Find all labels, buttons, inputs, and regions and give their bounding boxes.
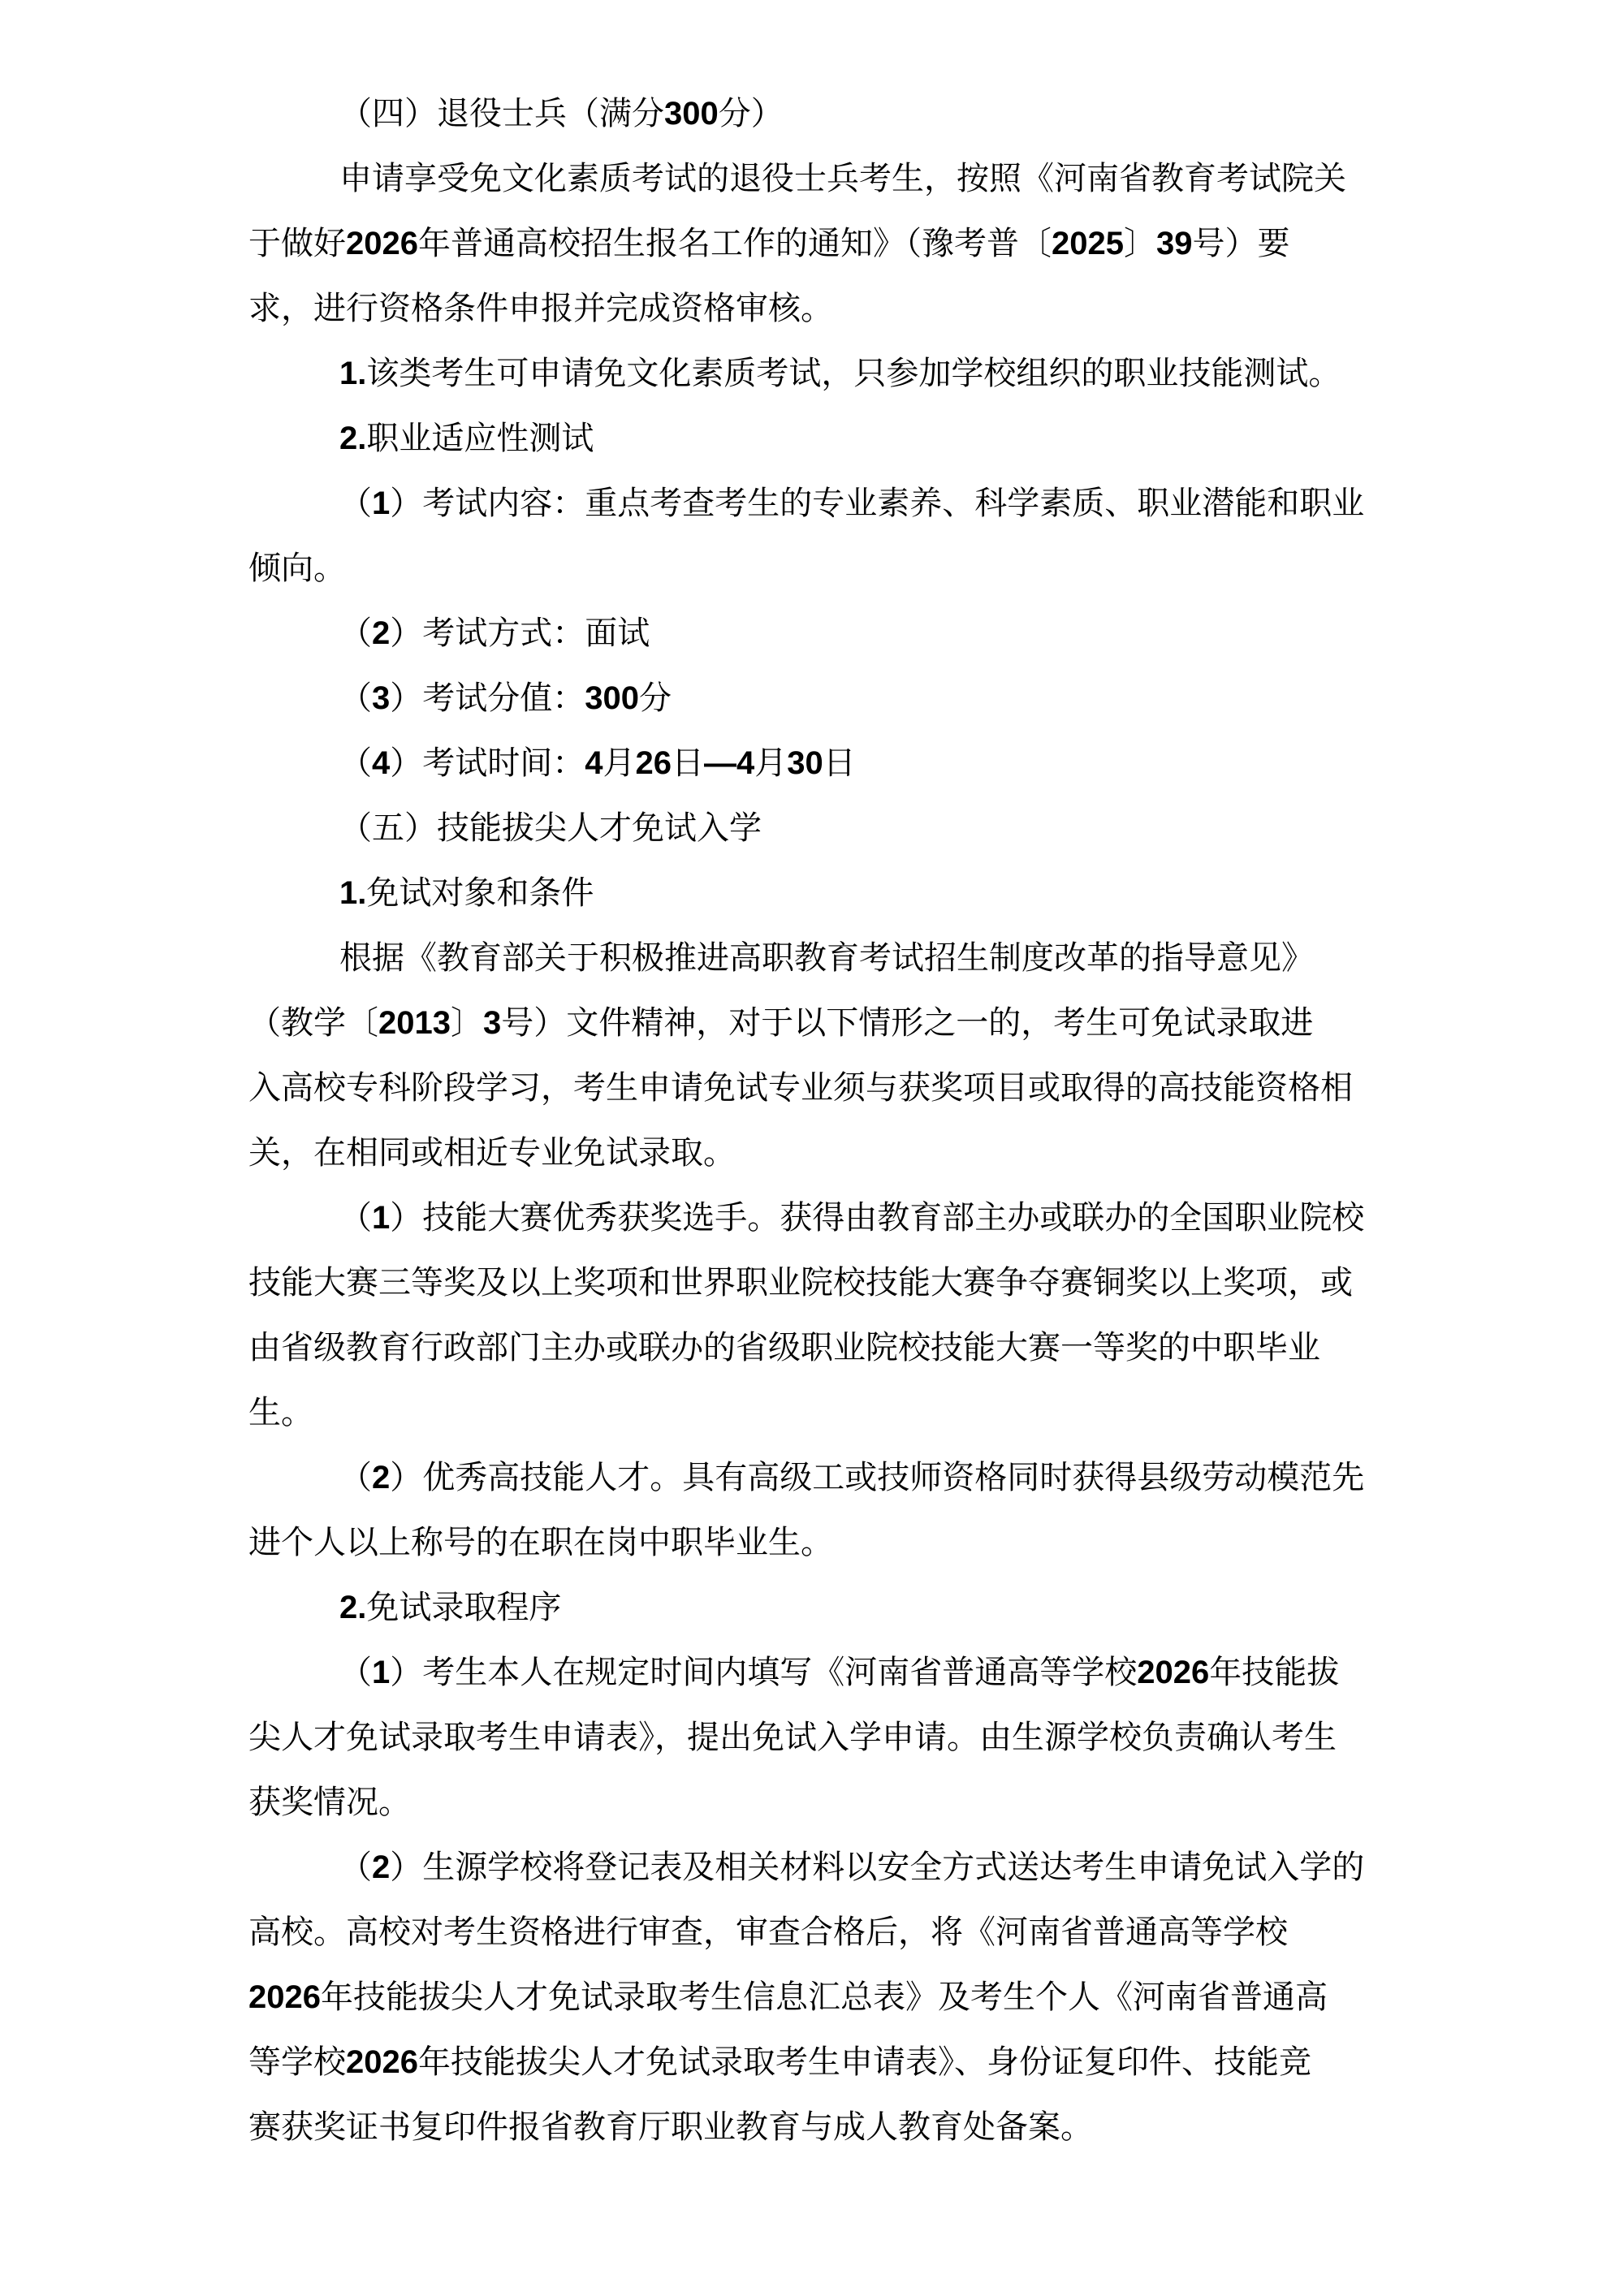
- bold-number-run: 3: [372, 680, 390, 716]
- text-run: 免试对象和条件: [366, 874, 594, 911]
- text-run: （五）技能拔尖人才免试入学: [339, 809, 762, 846]
- text-line: 生。: [248, 1380, 1397, 1445]
- text-run: 日: [672, 744, 704, 781]
- bold-number-run: 2026: [248, 1979, 321, 2015]
- text-line: 技能大赛三等奖及以上奖项和世界职业院校技能大赛争夺赛铜奖以上奖项，或: [248, 1250, 1397, 1315]
- text-run: 高校。高校对考生资格进行审查，审查合格后，将《河南省普通高等学校: [248, 1914, 1288, 1950]
- text-line: 根据《教育部关于积极推进高职教育考试招生制度改革的指导意见》: [248, 926, 1397, 990]
- text-run: 倾向。: [248, 550, 346, 586]
- text-run: （: [339, 1199, 372, 1236]
- bold-number-run: 2026: [1137, 1655, 1209, 1690]
- text-run: （: [339, 615, 372, 651]
- text-run: （教学〔: [248, 1004, 378, 1041]
- text-run: ）考试时间：: [390, 744, 585, 781]
- text-run: 入高校专科阶段学习，考生申请免试专业须与获奖项目或取得的高技能资格相: [248, 1069, 1353, 1106]
- text-run: ）考试内容：重点考查考生的专业素养、科学素质、职业潜能和职业: [390, 485, 1364, 521]
- text-run: 该类考生可申请免文化素质考试，只参加学校组织的职业技能测试。: [366, 355, 1341, 391]
- text-run: 职业适应性测试: [366, 420, 594, 456]
- text-line: （1）考生本人在规定时间内填写《河南省普通高等学校2026年技能拔: [248, 1640, 1397, 1705]
- text-line: 关，在相同或相近专业免试录取。: [248, 1120, 1397, 1185]
- text-line: 由省级教育行政部门主办或联办的省级职业院校技能大赛一等奖的中职毕业: [248, 1315, 1397, 1380]
- text-line: （教学〔2013〕3号）文件精神，对于以下情形之一的，考生可免试录取进: [248, 990, 1397, 1055]
- bold-number-run: 2: [372, 615, 390, 651]
- text-run: ）考生本人在规定时间内填写《河南省普通高等学校: [390, 1654, 1137, 1690]
- text-line: （4）考试时间：4月26日—4月30日: [248, 731, 1397, 796]
- text-run: ）优秀高技能人才。具有高级工或技师资格同时获得县级劳动模范先: [390, 1459, 1364, 1495]
- bold-number-run: 2026: [346, 226, 418, 261]
- text-run: （: [339, 1654, 372, 1690]
- bold-number-run: 2025: [1052, 226, 1124, 261]
- text-run: ）生源学校将登记表及相关材料以安全方式送达考生申请免试入学的: [390, 1849, 1364, 1885]
- text-run: 月: [603, 744, 636, 781]
- text-run: 〕: [451, 1004, 483, 1041]
- text-run: 分: [639, 680, 672, 716]
- text-run: 求，进行资格条件申报并完成资格审核。: [248, 290, 833, 326]
- text-line: （五）技能拔尖人才免试入学: [248, 796, 1397, 861]
- text-line: 求，进行资格条件申报并完成资格审核。: [248, 276, 1397, 341]
- text-line: 高校。高校对考生资格进行审查，审查合格后，将《河南省普通高等学校: [248, 1900, 1397, 1965]
- text-run: 申请享受免文化素质考试的退役士兵考生，按照《河南省教育考试院关: [339, 160, 1346, 196]
- text-run: 号）文件精神，对于以下情形之一的，考生可免试录取进: [501, 1004, 1313, 1041]
- document-body: （四）退役士兵（满分300分）申请享受免文化素质考试的退役士兵考生，按照《河南省…: [248, 81, 1397, 2160]
- bold-number-run: 4: [736, 745, 754, 781]
- text-line: （四）退役士兵（满分300分）: [248, 81, 1397, 146]
- bold-number-run: 2013: [378, 1005, 451, 1041]
- bold-number-run: 2.: [339, 1590, 366, 1625]
- bold-number-run: 1: [372, 1200, 390, 1236]
- text-run: ）技能大赛优秀获奖选手。获得由教育部主办或联办的全国职业院校: [390, 1199, 1364, 1236]
- text-run: 等学校: [248, 2044, 346, 2080]
- document-page: （四）退役士兵（满分300分）申请享受免文化素质考试的退役士兵考生，按照《河南省…: [0, 0, 1624, 2296]
- text-run: 月: [754, 744, 787, 781]
- text-run: 分）: [719, 95, 784, 132]
- text-run: ）考试方式：面试: [390, 615, 650, 651]
- bold-number-run: 1.: [339, 356, 366, 391]
- bold-number-run: 26: [636, 745, 672, 781]
- text-run: 号）要: [1192, 225, 1289, 261]
- text-run: 年普通高校招生报名工作的通知》（豫考普〔: [418, 225, 1052, 261]
- bold-number-run: 1: [372, 486, 390, 521]
- text-run: 免试录取程序: [366, 1589, 561, 1625]
- bold-number-run: —: [704, 745, 736, 781]
- text-line: （2）优秀高技能人才。具有高级工或技师资格同时获得县级劳动模范先: [248, 1445, 1397, 1510]
- text-line: 入高校专科阶段学习，考生申请免试专业须与获奖项目或取得的高技能资格相: [248, 1055, 1397, 1120]
- bold-number-run: 1: [372, 1655, 390, 1690]
- text-run: 进个人以上称号的在职在岗中职毕业生。: [248, 1524, 833, 1560]
- text-line: 尖人才免试录取考生申请表》，提出免试入学申请。由生源学校负责确认考生: [248, 1705, 1397, 1770]
- text-line: （1）考试内容：重点考查考生的专业素养、科学素质、职业潜能和职业: [248, 471, 1397, 536]
- text-run: ）考试分值：: [390, 680, 585, 716]
- bold-number-run: 300: [585, 680, 639, 716]
- text-run: （: [339, 680, 372, 716]
- text-run: 〕: [1124, 225, 1156, 261]
- bold-number-run: 3: [483, 1005, 501, 1041]
- text-line: 赛获奖证书复印件报省教育厅职业教育与成人教育处备案。: [248, 2095, 1397, 2160]
- text-run: 日: [823, 744, 856, 781]
- text-run: 年技能拔尖人才免试录取考生申请表》、身份证复印件、技能竞: [418, 2044, 1311, 2080]
- text-run: 年技能拔: [1209, 1654, 1339, 1690]
- text-line: 等学校2026年技能拔尖人才免试录取考生申请表》、身份证复印件、技能竞: [248, 2030, 1397, 2095]
- bold-number-run: 4: [372, 745, 390, 781]
- bold-number-run: 2: [372, 1849, 390, 1885]
- text-line: 1.该类考生可申请免文化素质考试，只参加学校组织的职业技能测试。: [248, 341, 1397, 406]
- text-run: 由省级教育行政部门主办或联办的省级职业院校技能大赛一等奖的中职毕业: [248, 1329, 1320, 1366]
- bold-number-run: 30: [787, 745, 823, 781]
- text-line: （1）技能大赛优秀获奖选手。获得由教育部主办或联办的全国职业院校: [248, 1185, 1397, 1250]
- bold-number-run: 2.: [339, 421, 366, 456]
- text-line: 倾向。: [248, 536, 1397, 601]
- text-line: （3）考试分值：300分: [248, 666, 1397, 731]
- text-line: 获奖情况。: [248, 1770, 1397, 1835]
- bold-number-run: 4: [585, 745, 603, 781]
- text-run: （四）退役士兵（满分: [339, 95, 664, 132]
- text-run: （: [339, 485, 372, 521]
- text-line: 于做好2026年普通高校招生报名工作的通知》（豫考普〔2025〕39号）要: [248, 211, 1397, 276]
- text-run: 年技能拔尖人才免试录取考生信息汇总表》及考生个人《河南省普通高: [321, 1979, 1328, 2015]
- text-run: （: [339, 1459, 372, 1495]
- text-line: （2）考试方式：面试: [248, 601, 1397, 666]
- text-line: 2.职业适应性测试: [248, 406, 1397, 471]
- text-run: 根据《教育部关于积极推进高职教育考试招生制度改革的指导意见》: [339, 939, 1314, 976]
- text-run: （: [339, 744, 372, 781]
- bold-number-run: 300: [664, 96, 719, 132]
- text-run: 技能大赛三等奖及以上奖项和世界职业院校技能大赛争夺赛铜奖以上奖项，或: [248, 1264, 1353, 1301]
- text-run: 尖人才免试录取考生申请表》，提出免试入学申请。由生源学校负责确认考生: [248, 1719, 1337, 1755]
- text-run: （: [339, 1849, 372, 1885]
- text-run: 生。: [248, 1394, 313, 1431]
- text-line: 进个人以上称号的在职在岗中职毕业生。: [248, 1510, 1397, 1575]
- text-run: 赛获奖证书复印件报省教育厅职业教育与成人教育处备案。: [248, 2108, 1093, 2145]
- bold-number-run: 1.: [339, 875, 366, 911]
- text-line: （2）生源学校将登记表及相关材料以安全方式送达考生申请免试入学的: [248, 1835, 1397, 1900]
- text-line: 申请享受免文化素质考试的退役士兵考生，按照《河南省教育考试院关: [248, 146, 1397, 211]
- bold-number-run: 2026: [346, 2044, 418, 2080]
- text-line: 2.免试录取程序: [248, 1575, 1397, 1640]
- text-line: 2026年技能拔尖人才免试录取考生信息汇总表》及考生个人《河南省普通高: [248, 1965, 1397, 2030]
- bold-number-run: 39: [1156, 226, 1193, 261]
- text-run: 关，在相同或相近专业免试录取。: [248, 1134, 736, 1171]
- text-run: 获奖情况。: [248, 1784, 411, 1820]
- text-run: 于做好: [248, 225, 346, 261]
- text-line: 1.免试对象和条件: [248, 861, 1397, 926]
- bold-number-run: 2: [372, 1460, 390, 1495]
